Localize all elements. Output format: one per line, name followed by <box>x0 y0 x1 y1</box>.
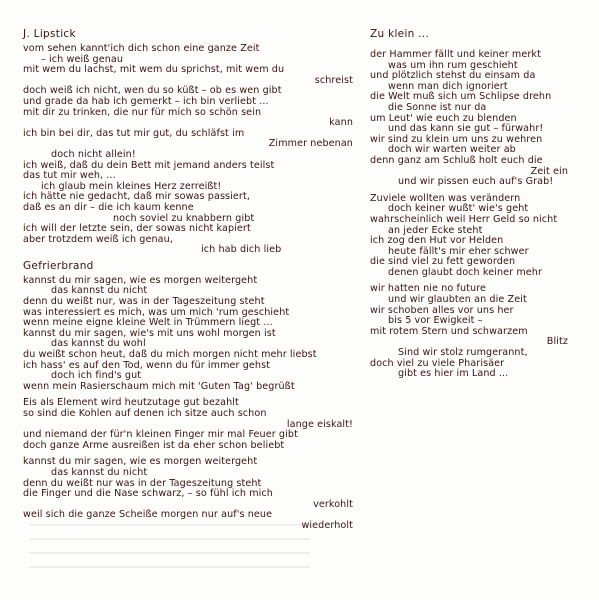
song-title: Gefrierbrand <box>23 260 353 273</box>
lyric-line: mit wem du lachst, mit wem du sprichst, … <box>23 65 353 76</box>
lyric-line: und grade da hab ich gemerkt – ich bin v… <box>23 97 353 108</box>
lyric-line: und wir pissen euch auf's Grab! <box>370 177 598 188</box>
lyric-line: wahrscheinlich weil Herr Geld so nicht <box>370 215 598 226</box>
lyric-line: wenn mein Rasierschaum mich mit 'Guten T… <box>23 382 353 393</box>
lyric-line: so sind die Kohlen auf denen ich sitze a… <box>23 409 353 420</box>
lyric-line: vom sehen kannt'ich dich schon eine ganz… <box>23 44 353 55</box>
lyric-line: die Finger und die Nase schwarz, – so fü… <box>23 489 353 500</box>
lyric-line: doch nicht allein! <box>23 150 353 161</box>
song-zu-klein: Zu klein ... der Hammer fällt und keiner… <box>370 28 598 380</box>
lyric-line: daß es an dir – die ich kaum kenne <box>23 203 353 214</box>
song-title: Zu klein ... <box>370 28 598 41</box>
lyric-line: die Sonne ist nur da <box>370 103 598 114</box>
song-title: J. Lipstick <box>23 28 353 41</box>
lyric-line: ich hab dich lieb <box>23 245 353 256</box>
lyric-line: aber trotzdem weiß ich genau, <box>23 235 353 246</box>
lyric-line: gibt es hier im Land ... <box>370 369 598 380</box>
left-column: J. Lipstick vom sehen kannt'ich dich sch… <box>23 28 353 532</box>
lyrics-sheet: J. Lipstick vom sehen kannt'ich dich sch… <box>0 0 599 600</box>
lyric-line: denn ganz am Schluß holt euch die <box>370 156 598 167</box>
song-gefrierbrand: Gefrierbrand kannst du mir sagen, wie es… <box>23 260 353 532</box>
lyric-line: das kannst du nicht <box>23 468 353 479</box>
lyric-line: der Hammer fällt und keiner merkt <box>370 50 598 61</box>
right-column: Zu klein ... der Hammer fällt und keiner… <box>370 28 598 380</box>
lyric-line: mit dir zu trinken, die nur für mich so … <box>23 108 353 119</box>
song-j-lipstick: J. Lipstick vom sehen kannt'ich dich sch… <box>23 28 353 256</box>
lyric-line: denen glaubt doch keiner mehr <box>370 268 598 279</box>
lyric-line: doch ganze Arme ausreißen ist da eher sc… <box>23 441 353 452</box>
show-through-text <box>30 518 310 578</box>
